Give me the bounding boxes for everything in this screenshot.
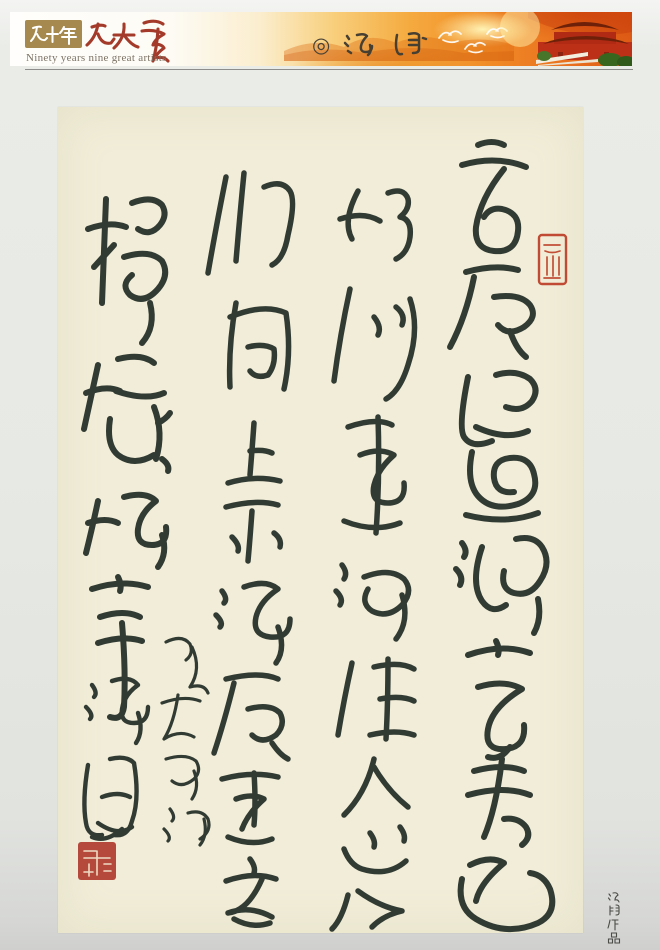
side-caption [607,891,621,950]
scanned-book-page: Ninety years nine great artists ◎ [0,0,660,950]
calligraphy-column-4 [84,199,170,718]
brand-box-glyphs [31,27,76,44]
calligraphy-column-2 [332,191,415,929]
page-header: Ninety years nine great artists ◎ [10,12,632,66]
tiananmen-gate-illustration [492,12,632,71]
calligraphy-column-3 [208,173,293,925]
colophon-column [162,638,209,845]
calligraphy-artwork [58,107,583,933]
header-divider [25,69,633,70]
signature-column [84,679,148,839]
caption-glyphs [608,893,620,943]
seal-upper-right [539,235,566,284]
brand-logo-box [25,20,82,48]
artist-title: ◎ [312,28,431,63]
seal-lower-left [78,842,116,880]
bullet-icon: ◎ [312,33,330,59]
artist-name-glyphs [343,28,431,63]
calligraphy-column-1 [450,142,552,929]
brand-tagline: Ninety years nine great artists [26,52,167,64]
